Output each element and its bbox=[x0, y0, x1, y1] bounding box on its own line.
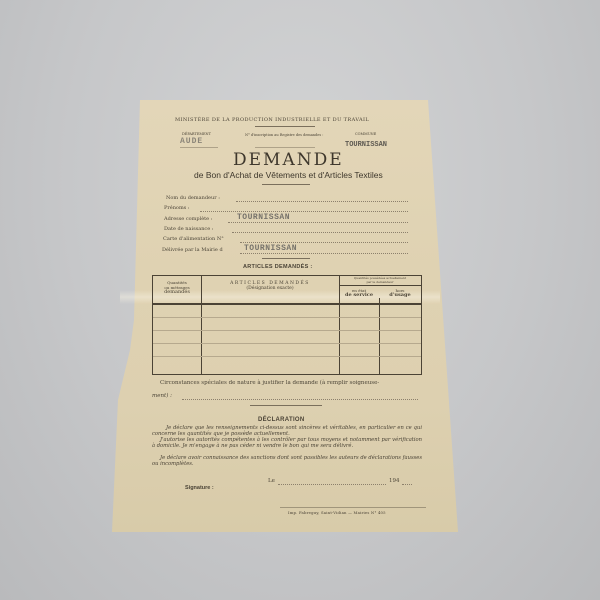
registration-label: N° d'inscription au Registre des demande… bbox=[245, 133, 323, 137]
header-divider bbox=[339, 285, 421, 286]
header-line: par le demandeur bbox=[339, 281, 421, 285]
declaration-title: DÉCLARATION bbox=[258, 417, 305, 423]
declaration-paragraph: Je déclare que les renseignements ci-des… bbox=[152, 426, 422, 437]
field-firstnames-input[interactable] bbox=[200, 211, 408, 212]
year-suffix-input[interactable] bbox=[402, 484, 412, 485]
divider bbox=[180, 147, 218, 148]
department-label: DÉPARTEMENT bbox=[182, 132, 211, 136]
field-label-ration-card: Carte d'alimentation N° bbox=[163, 236, 224, 242]
declaration-paragraph: J'autorise les autorités compétentes à l… bbox=[152, 438, 422, 449]
divider bbox=[250, 405, 322, 406]
field-label-birthdate: Date de naissance : bbox=[164, 226, 213, 232]
divider bbox=[255, 147, 315, 148]
col-in-service-header: en état de service bbox=[339, 288, 379, 298]
field-issued-by-input[interactable] bbox=[240, 253, 408, 254]
header-bottom-rule bbox=[153, 303, 421, 305]
header-line: (Désignation exacte) bbox=[201, 286, 339, 291]
articles-table: Quantités ou métrages demandés ARTICLES … bbox=[152, 275, 422, 375]
row-line bbox=[153, 330, 421, 331]
field-ration-card-input[interactable] bbox=[240, 242, 408, 243]
field-issued-by-stamp: TOURNISSAN bbox=[244, 244, 297, 253]
row-line bbox=[153, 343, 421, 344]
department-stamp: AUDE bbox=[180, 137, 203, 146]
declaration-paragraph: Je déclare avoir connaissance des sancti… bbox=[152, 456, 422, 467]
field-birthdate-input[interactable] bbox=[232, 232, 408, 233]
date-prefix: Le bbox=[268, 478, 275, 484]
header-line: d'usage bbox=[379, 293, 421, 298]
field-address-input[interactable] bbox=[228, 222, 408, 223]
col-quantity-header: Quantités ou métrages demandés bbox=[153, 280, 201, 295]
field-name-input[interactable] bbox=[236, 201, 408, 202]
field-label-firstnames: Prénoms : bbox=[164, 205, 190, 211]
divider bbox=[262, 258, 310, 259]
divider bbox=[280, 507, 426, 508]
header-line: demandés bbox=[153, 290, 201, 295]
signature-label: Signature : bbox=[185, 485, 214, 491]
row-line bbox=[153, 356, 421, 357]
field-label-address: Adresse complète : bbox=[164, 216, 212, 222]
circumstances-label-cont: ment) : bbox=[152, 393, 172, 399]
field-label-issued-by: Délivrée par la Mairie d bbox=[162, 247, 223, 253]
col-articles-header: ARTICLES DEMANDÉS (Désignation exacte) bbox=[201, 281, 339, 291]
commune-stamp: TOURNISSAN bbox=[345, 141, 387, 149]
commune-label: COMMUNE bbox=[355, 132, 376, 136]
col-out-of-use-header: hors d'usage bbox=[379, 288, 421, 298]
row-line bbox=[153, 317, 421, 318]
divider bbox=[255, 126, 315, 127]
col-owned-group-header: Quantités possédées actuellement par le … bbox=[339, 277, 421, 284]
circumstances-input[interactable] bbox=[182, 399, 418, 400]
date-year: 194 bbox=[389, 478, 400, 484]
header-line: de service bbox=[339, 293, 379, 298]
document-subtitle: de Bon d'Achat de Vêtements et d'Article… bbox=[194, 170, 383, 180]
field-address-stamp: TOURNISSAN bbox=[237, 213, 290, 222]
field-label-name: Nom du demandeur : bbox=[166, 195, 220, 201]
ministry-header: MINISTÈRE DE LA PRODUCTION INDUSTRIELLE … bbox=[175, 117, 369, 123]
divider bbox=[262, 184, 310, 185]
circumstances-label: Circonstances spéciales de nature à just… bbox=[160, 380, 379, 386]
printer-credit: Imp. Fabreguy, Saint-Vidian — Mairies N°… bbox=[288, 510, 386, 515]
date-input[interactable] bbox=[278, 484, 386, 485]
column-divider bbox=[379, 298, 380, 374]
articles-heading: ARTICLES DEMANDÉS : bbox=[243, 264, 313, 270]
document-title: DEMANDE bbox=[233, 150, 344, 170]
